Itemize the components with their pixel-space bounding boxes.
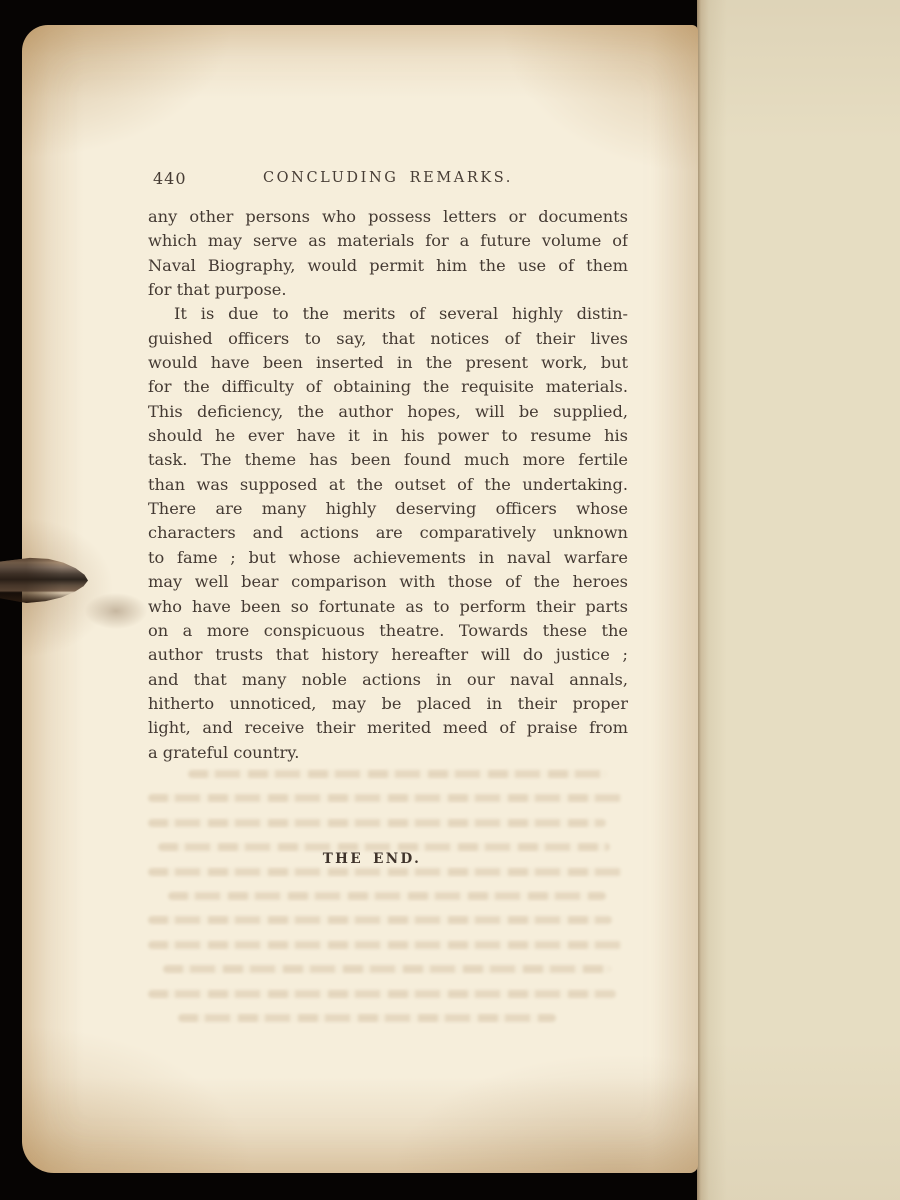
show-through-line xyxy=(178,1014,556,1022)
text-line: on a more conspicuous theatre. Towards t… xyxy=(148,619,628,643)
text-line: Naval Biography, would permit him the us… xyxy=(148,254,628,278)
text-line: There are many highly deserving officers… xyxy=(148,497,628,521)
show-through-line xyxy=(148,819,606,827)
text-line: author trusts that history hereafter wil… xyxy=(148,643,628,667)
text-line: would have been inserted in the present … xyxy=(148,351,628,375)
text-line: than was supposed at the outset of the u… xyxy=(148,473,628,497)
show-through-line xyxy=(163,965,611,973)
text-line: a grateful country. xyxy=(148,741,628,765)
text-line: any other persons who possess letters or… xyxy=(148,205,628,229)
show-through-line xyxy=(148,794,622,802)
facing-page-edge xyxy=(697,0,900,1200)
show-through-text xyxy=(148,764,628,1054)
text-line: who have been so fortunate as to perform… xyxy=(148,595,628,619)
text-line: light, and receive their merited meed of… xyxy=(148,716,628,740)
text-line: for that purpose. xyxy=(148,278,628,302)
show-through-line xyxy=(188,770,608,778)
text-line: guished officers to say, that notices of… xyxy=(148,327,628,351)
end-label: THE END. xyxy=(132,851,612,867)
body-text: any other persons who possess letters or… xyxy=(148,205,628,765)
text-line: It is due to the merits of several highl… xyxy=(148,302,628,326)
text-line: may well bear comparison with those of t… xyxy=(148,570,628,594)
clip-shadow xyxy=(80,585,170,637)
text-line: for the difficulty of obtaining the requ… xyxy=(148,375,628,399)
text-line: should he ever have it in his power to r… xyxy=(148,424,628,448)
running-header: 440 CONCLUDING REMARKS. xyxy=(148,169,628,191)
show-through-line xyxy=(148,868,622,876)
text-line: to fame ; but whose achievements in nava… xyxy=(148,546,628,570)
show-through-line xyxy=(148,916,612,924)
text-line: task. The theme has been found much more… xyxy=(148,448,628,472)
book-photo: { "page": { "page_number": "440", "runni… xyxy=(0,0,900,1200)
text-line: This deficiency, the author hopes, will … xyxy=(148,400,628,424)
text-line: characters and actions are comparatively… xyxy=(148,521,628,545)
show-through-line xyxy=(148,990,616,998)
running-header-title: CONCLUDING REMARKS. xyxy=(148,170,628,186)
show-through-line xyxy=(168,892,606,900)
text-line: which may serve as materials for a futur… xyxy=(148,229,628,253)
book-page: 440 CONCLUDING REMARKS. any other person… xyxy=(22,25,698,1173)
text-line: and that many noble actions in our naval… xyxy=(148,668,628,692)
text-line: hitherto unnoticed, may be placed in the… xyxy=(148,692,628,716)
show-through-line xyxy=(158,843,610,851)
show-through-line xyxy=(148,941,622,949)
